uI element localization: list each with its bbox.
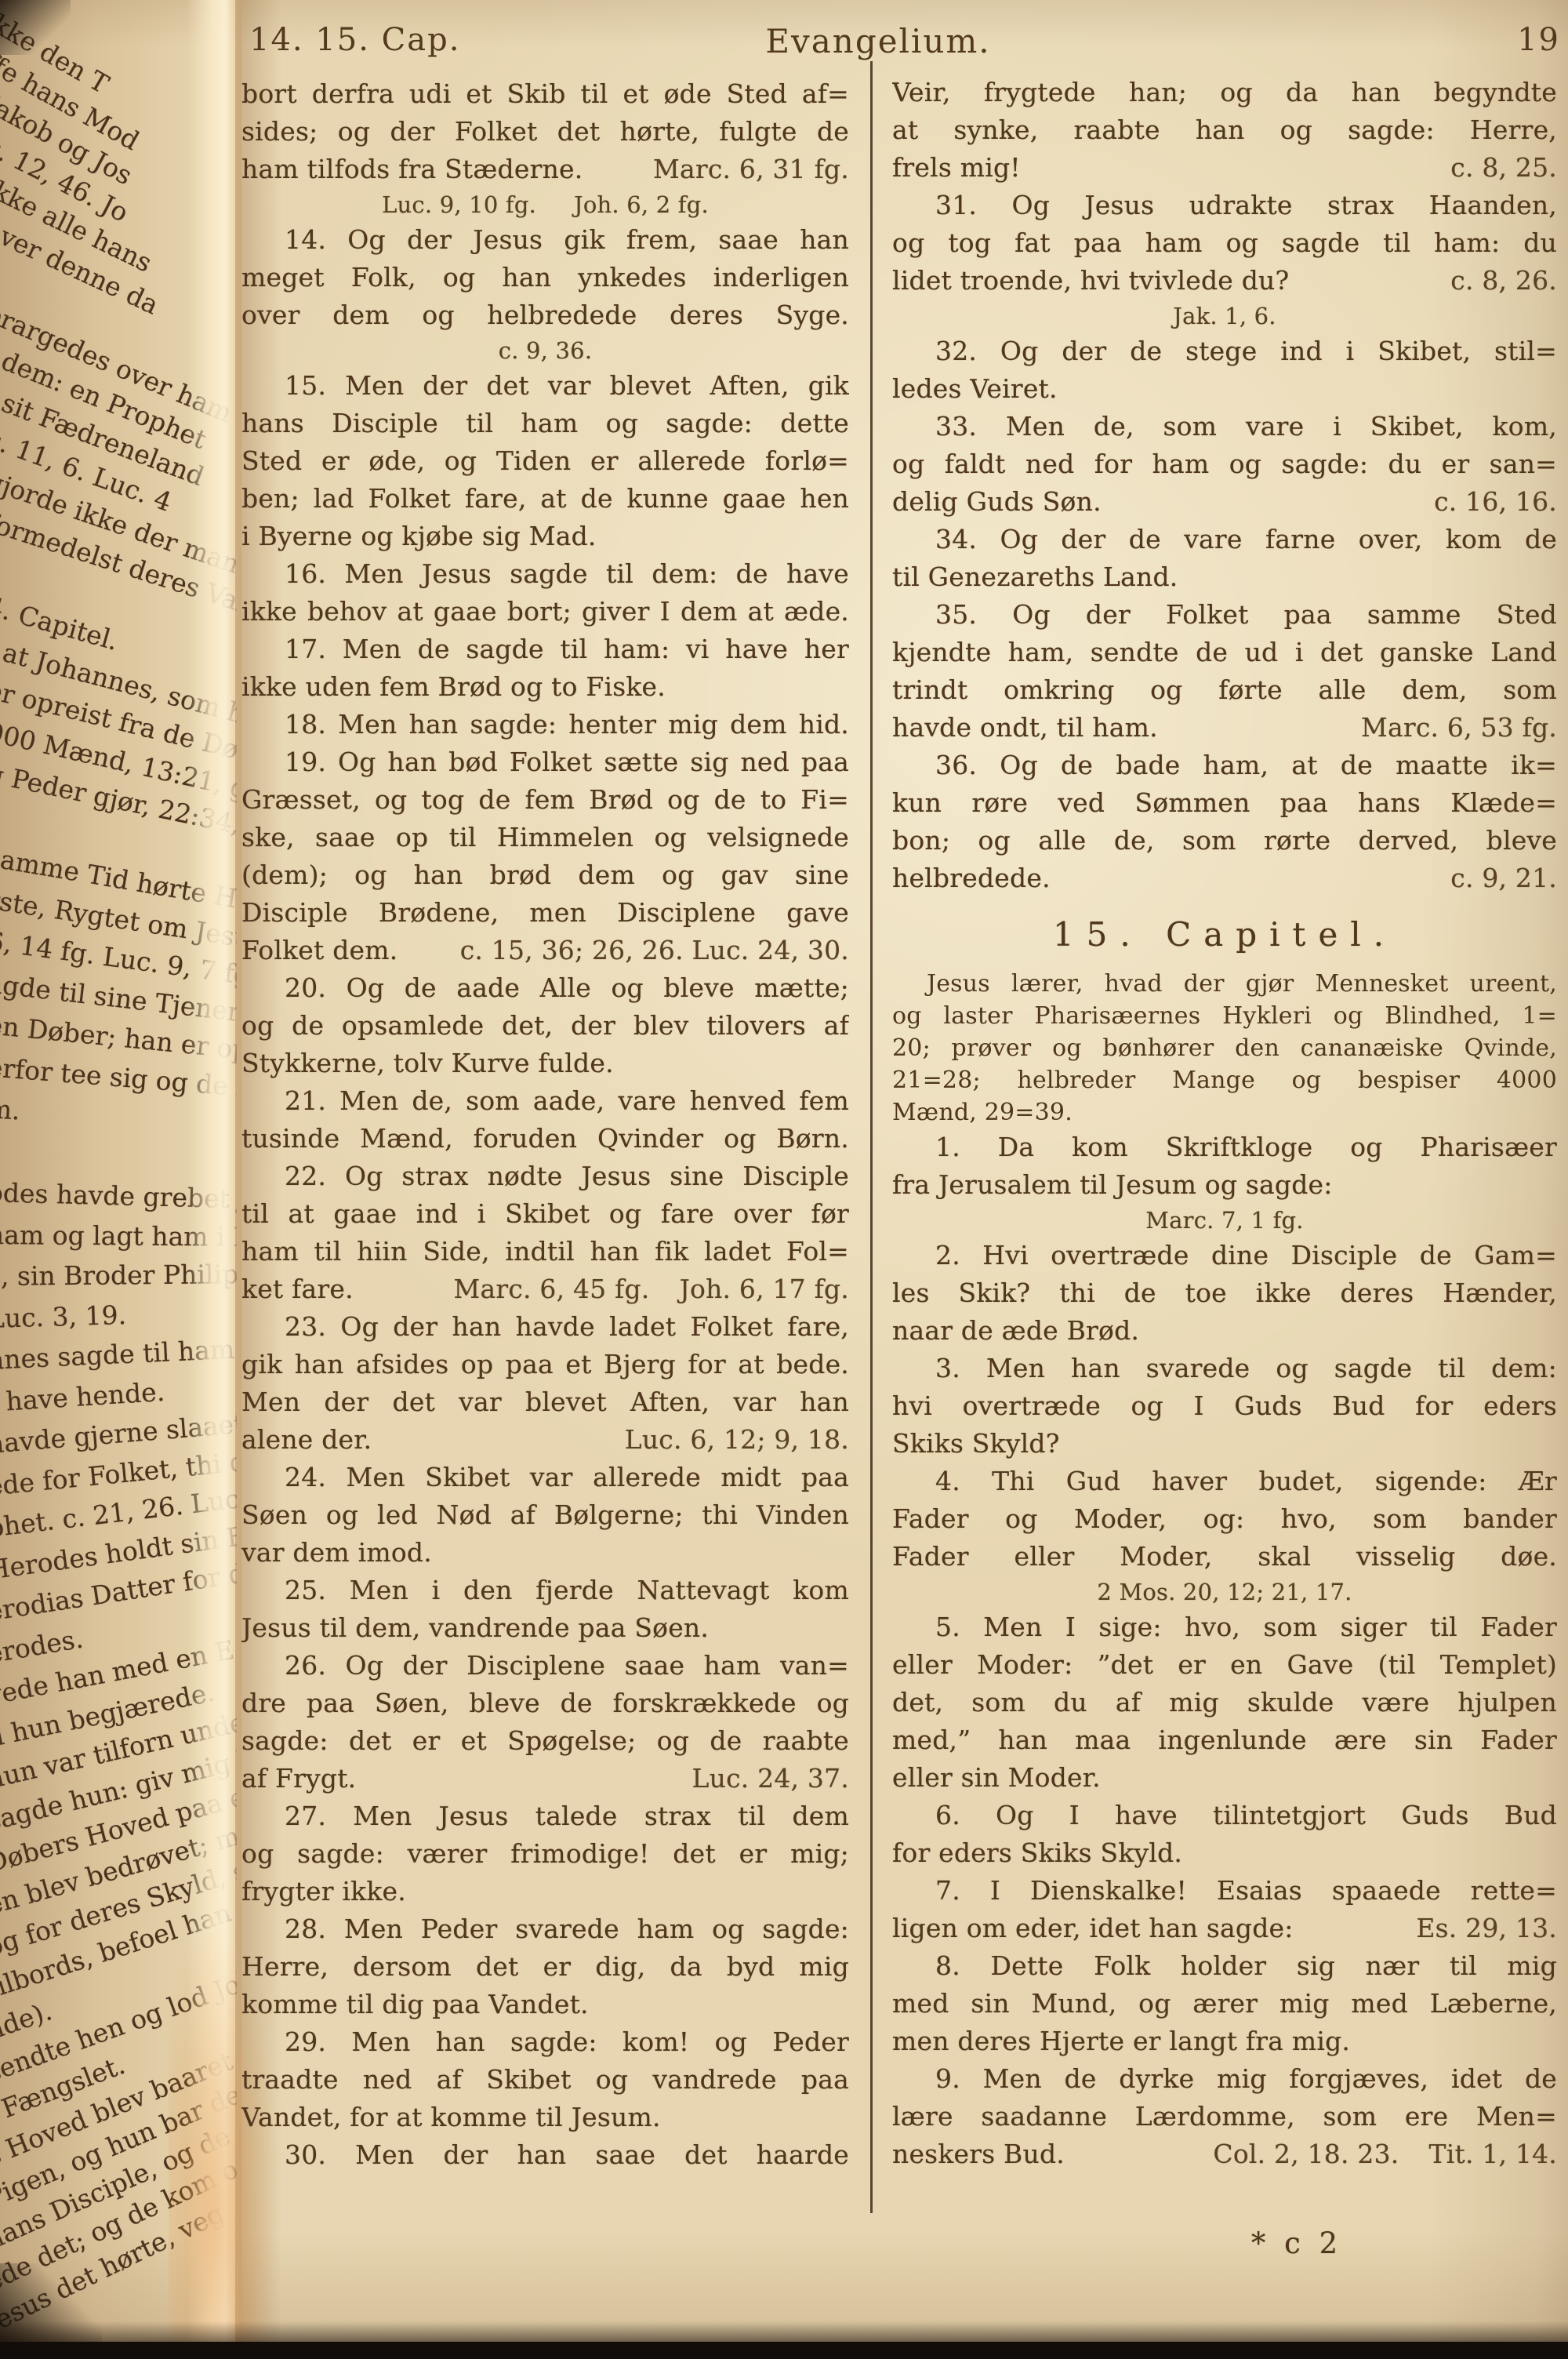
verse-ref: Marc. 6, 31 fg. (653, 151, 849, 188)
verse-ref: Marc. 6, 45 fg. Joh. 6, 17 fg. (454, 1270, 849, 1308)
text-line: til Genezareths Land. (892, 558, 1557, 596)
text-line: Stykkerne, tolv Kurve fulde. (241, 1045, 849, 1082)
text-line: 17. Men de sagde til ham: vi have her (241, 631, 849, 668)
verse-ref: Luc. 24, 37. (692, 1760, 849, 1797)
text-line: ham til hiin Side, indtil han fik ladet … (241, 1233, 849, 1270)
header-chapter-range: 14. 15. Cap. (249, 22, 460, 58)
text-line: Mænd, 29=39. (892, 1096, 1557, 1129)
text-line: 6. Og I have tilintetgjort Guds Bud (892, 1797, 1557, 1834)
verse-ref: Marc. 6, 53 fg. (1361, 709, 1557, 747)
page-number: 19 (1517, 22, 1560, 58)
text-line: helbredede.c. 9, 21. (892, 860, 1557, 897)
book-photograph: ikke den Tffe hans ModJakob og Josc. 12,… (0, 0, 1568, 2359)
signature-mark: * c 2 (892, 2225, 1557, 2272)
text-line: til at gaae ind i Skibet og fare over fø… (241, 1195, 849, 1233)
text-line: ben; lad Folket fare, at de kunne gaae h… (241, 480, 849, 518)
line-text: neskers Bud. (892, 2135, 1065, 2173)
text-line: Veir, frygtede han; og da han begyndte (892, 74, 1557, 111)
text-line: 31. Og Jesus udrakte strax Haanden, (892, 187, 1557, 224)
text-line: og laster Pharisæernes Hykleri og Blindh… (892, 1000, 1557, 1032)
text-line: bort derfra udi et Skib til et øde Sted … (241, 75, 849, 113)
text-line: 23. Og der han havde ladet Folket fare, (241, 1308, 849, 1346)
text-line: 20. Og de aade Alle og bleve mætte; (241, 969, 849, 1007)
text-line: traadte ned af Skibet og vandrede paa (241, 2061, 849, 2099)
text-line: Fader og Moder, og: hvo, som bander (892, 1500, 1557, 1538)
line-text: ket fare. (241, 1270, 354, 1308)
text-line: alene der.Luc. 6, 12; 9, 18. (241, 1421, 849, 1459)
text-line: 33. Men de, som vare i Skibet, kom, (892, 408, 1557, 445)
text-line: Marc. 7, 1 fg. (892, 1204, 1557, 1237)
text-line: 3. Men han svarede og sagde til dem: (892, 1350, 1557, 1387)
text-line: fra Jerusalem til Jesum og sagde: (892, 1166, 1557, 1204)
text-line: 21=28; helbreder Mange og bespiser 4000 (892, 1064, 1557, 1096)
text-line: men deres Hjerte er langt fra mig. (892, 2023, 1557, 2060)
chapter-heading: 15. Capitel. (892, 910, 1557, 960)
line-text: delig Guds Søn. (892, 483, 1102, 521)
top-left-corner-shadow (0, 0, 71, 55)
text-line: havde ondt, til ham.Marc. 6, 53 fg. (892, 709, 1557, 747)
text-line: 8. Dette Folk holder sig nær til mig (892, 1947, 1557, 1985)
text-line: kjendte ham, sendte de ud i det ganske L… (892, 634, 1557, 671)
text-line: frels mig!c. 8, 25. (892, 149, 1557, 187)
text-line: 24. Men Skibet var allerede midt paa (241, 1459, 849, 1496)
text-line: 1. Da kom Skriftkloge og Pharisæer (892, 1129, 1557, 1166)
verse-ref: c. 8, 26. (1450, 262, 1557, 300)
text-line: i Byerne og kjøbe sig Mad. (241, 518, 849, 555)
line-text: ham tilfods fra Stæderne. (241, 151, 583, 188)
text-line: Folket dem.c. 15, 36; 26, 26. Luc. 24, 3… (241, 932, 849, 969)
text-line: delig Guds Søn.c. 16, 16. (892, 483, 1557, 521)
text-line: (dem); og han brød dem og gav sine (241, 856, 849, 894)
text-line: naar de æde Brød. (892, 1312, 1557, 1350)
text-line: 34. Og der de vare farne over, kom de (892, 521, 1557, 558)
text-line: 16. Men Jesus sagde til dem: de have (241, 555, 849, 593)
verse-ref: c. 8, 25. (1450, 149, 1557, 187)
text-line: ledes Veiret. (892, 370, 1557, 408)
text-line: det, som du af mig skulde være hjulpen (892, 1684, 1557, 1721)
text-line: tusinde Mænd, foruden Qvinder og Børn. (241, 1120, 849, 1158)
line-text: frels mig! (892, 149, 1021, 187)
text-line: Jak. 1, 6. (892, 300, 1557, 333)
text-line: ske, saae op til Himmelen og velsignede (241, 819, 849, 856)
line-text: af Frygt. (241, 1760, 356, 1797)
text-line: 15. Men der det var blevet Aften, gik (241, 367, 849, 405)
text-line: eller Moder: ”det er en Gave (til Temple… (892, 1646, 1557, 1684)
text-line: og faldt ned for ham og sagde: du er san… (892, 445, 1557, 483)
text-line: sides; og der Folket det hørte, fulgte d… (241, 113, 849, 151)
book-page: ikke den Tffe hans ModJakob og Josc. 12,… (0, 0, 1568, 2342)
text-line: komme til dig paa Vandet. (241, 1986, 849, 2023)
text-line: over dem og helbredede deres Syge. (241, 296, 849, 334)
line-text: helbredede. (892, 860, 1051, 897)
page-bottom-shadow (0, 2321, 1568, 2342)
right-column: Veir, frygtede han; og da han begyndteat… (892, 74, 1557, 2272)
text-line: kun røre ved Sømmen paa hans Klæde= (892, 784, 1557, 822)
column-divider (870, 61, 873, 2213)
text-line: Disciple Brødene, men Disciplene gave (241, 894, 849, 932)
text-line: gik han afsides op paa et Bjerg for at b… (241, 1346, 849, 1383)
verse-ref: Es. 29, 13. (1416, 1910, 1557, 1947)
text-line: med sin Mund, og ærer mig med Læberne, (892, 1985, 1557, 2023)
text-line: Jesus til dem, vandrende paa Søen. (241, 1609, 849, 1647)
text-line: 32. Og der de stege ind i Skibet, stil= (892, 333, 1557, 370)
text-line: ham tilfods fra Stæderne.Marc. 6, 31 fg. (241, 151, 849, 188)
verse-ref: Col. 2, 18. 23. Tit. 1, 14. (1213, 2135, 1557, 2173)
line-text: havde ondt, til ham. (892, 709, 1158, 747)
text-line: af Frygt.Luc. 24, 37. (241, 1760, 849, 1797)
text-line: 30. Men der han saae det haarde (241, 2136, 849, 2174)
text-line: 5. Men I sige: hvo, som siger til Fader (892, 1608, 1557, 1646)
text-line: Sted er øde, og Tiden er allerede forlø= (241, 442, 849, 480)
text-line: for eders Skiks Skyld. (892, 1834, 1557, 1872)
text-line: hans Disciple til ham og sagde: dette (241, 405, 849, 442)
line-text: alene der. (241, 1421, 372, 1459)
text-line: Skiks Skyld? (892, 1425, 1557, 1463)
text-line: eller sin Moder. (892, 1759, 1557, 1797)
text-line: 2. Hvi overtræde dine Disciple de Gam= (892, 1237, 1557, 1274)
text-line: sagde: det er et Spøgelse; og de raabte (241, 1722, 849, 1760)
text-line: 14. Og der Jesus gik frem, saae han (241, 221, 849, 259)
line-text: ligen om eder, idet han sagde: (892, 1910, 1294, 1947)
text-line: ikke behov at gaae bort; giver I dem at … (241, 593, 849, 631)
text-line: neskers Bud.Col. 2, 18. 23. Tit. 1, 14. (892, 2135, 1557, 2173)
text-line: meget Folk, og han ynkedes inderligen (241, 259, 849, 296)
text-line: 2 Mos. 20, 12; 21, 17. (892, 1576, 1557, 1608)
text-line: 7. I Dienskalke! Esaias spaaede rette= (892, 1872, 1557, 1910)
text-line: bon; og alle de, som rørte derved, bleve (892, 822, 1557, 860)
text-line: frygter ikke. (241, 1873, 849, 1910)
header-book-title: Evangelium. (765, 22, 990, 60)
text-line: Herre, dersom det er dig, da byd mig (241, 1948, 849, 1986)
text-line: og de opsamlede det, der blev tilovers a… (241, 1007, 849, 1045)
text-line: Luc. 9, 10 fg. Joh. 6, 2 fg. (241, 188, 849, 221)
text-line: trindt omkring og førte alle dem, som (892, 671, 1557, 709)
text-line: 19. Og han bød Folket sætte sig ned paa (241, 743, 849, 781)
text-line: 4. Thi Gud haver budet, sigende: Ær (892, 1463, 1557, 1500)
verse-ref: c. 16, 16. (1434, 483, 1557, 521)
line-text: Folket dem. (241, 932, 397, 969)
text-line: med,” han maa ingenlunde ære sin Fader (892, 1721, 1557, 1759)
text-line: lære saadanne Lærdomme, som ere Men= (892, 2098, 1557, 2135)
text-line: Søen og led Nød af Bølgerne; thi Vinden (241, 1496, 849, 1534)
text-line: ket fare.Marc. 6, 45 fg. Joh. 6, 17 fg. (241, 1270, 849, 1308)
text-line: 27. Men Jesus talede strax til dem (241, 1797, 849, 1835)
text-line: 28. Men Peder svarede ham og sagde: (241, 1910, 849, 1948)
text-line: 36. Og de bade ham, at de maatte ik= (892, 747, 1557, 784)
text-line: var dem imod. (241, 1534, 849, 1572)
text-line: 9. Men de dyrke mig forgjæves, idet de (892, 2060, 1557, 2098)
text-line: Jesus lærer, hvad der gjør Mennesket ure… (892, 968, 1557, 1000)
text-line: 21. Men de, som aade, vare henved fem (241, 1082, 849, 1120)
text-line: Vandet, for at komme til Jesum. (241, 2099, 849, 2136)
text-line: dre paa Søen, bleve de forskrækkede og (241, 1685, 849, 1722)
left-column: bort derfra udi et Skib til et øde Sted … (241, 75, 849, 2174)
text-line: og tog fat paa ham og sagde til ham: du (892, 224, 1557, 262)
table-edge (0, 2342, 1568, 2359)
text-line: lidet troende, hvi tvivlede du?c. 8, 26. (892, 262, 1557, 300)
text-line: 29. Men han sagde: kom! og Peder (241, 2023, 849, 2061)
verse-ref: c. 15, 36; 26, 26. Luc. 24, 30. (460, 932, 849, 969)
text-line: 22. Og strax nødte Jesus sine Disciple (241, 1158, 849, 1195)
text-line: Græsset, og tog de fem Brød og de to Fi= (241, 781, 849, 819)
text-line: 26. Og der Disciplene saae ham van= (241, 1647, 849, 1685)
text-line: Fader eller Moder, skal visselig døe. (892, 1538, 1557, 1576)
text-line: hvi overtræde og I Guds Bud for eders (892, 1387, 1557, 1425)
line-text: lidet troende, hvi tvivlede du? (892, 262, 1289, 300)
text-line: Men der det var blevet Aften, var han (241, 1383, 849, 1421)
verse-ref: c. 9, 21. (1450, 860, 1557, 897)
text-line: les Skik? thi de toe ikke deres Hænder, (892, 1274, 1557, 1312)
verse-ref: Luc. 6, 12; 9, 18. (625, 1421, 849, 1459)
text-line: ligen om eder, idet han sagde:Es. 29, 13… (892, 1910, 1557, 1947)
text-line: c. 9, 36. (241, 334, 849, 367)
text-line: og sagde: værer frimodige! det er mig; (241, 1835, 849, 1873)
text-line: 18. Men han sagde: henter mig dem hid. (241, 706, 849, 743)
text-line: at synke, raabte han og sagde: Herre, (892, 111, 1557, 149)
text-line: 20; prøver og bønhører den cananæiske Qv… (892, 1032, 1557, 1064)
text-line: ikke uden fem Brød og to Fiske. (241, 668, 849, 706)
text-line: 25. Men i den fjerde Nattevagt kom (241, 1572, 849, 1609)
text-line: 35. Og der Folket paa samme Sted (892, 596, 1557, 634)
